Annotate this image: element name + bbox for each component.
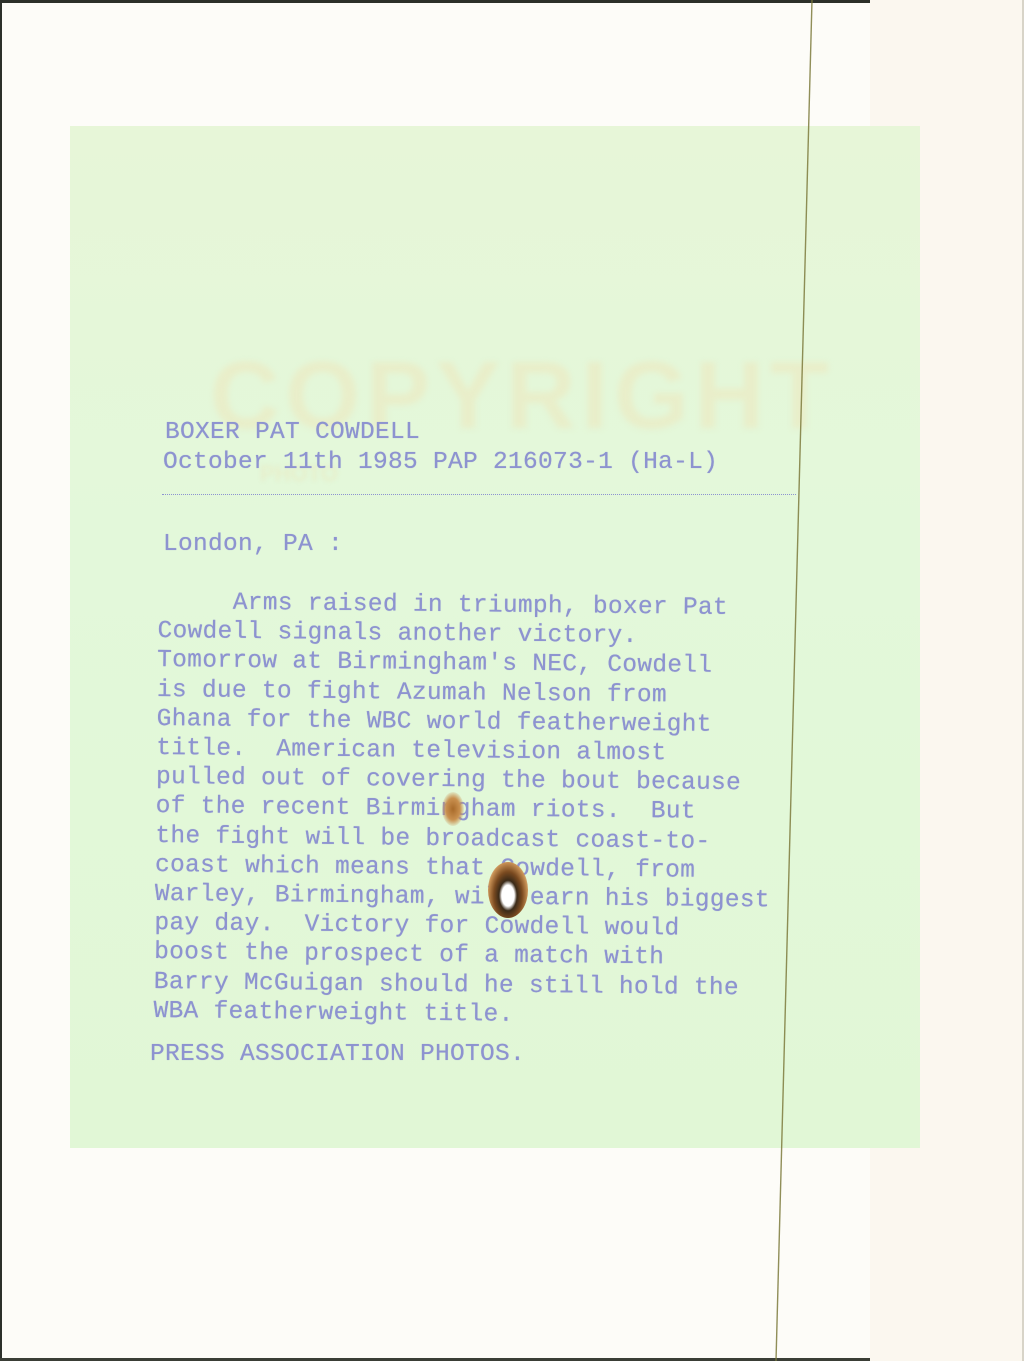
burn-mark-small <box>442 792 464 826</box>
caption-location: London, PA : <box>163 530 343 560</box>
burn-hole <box>488 862 528 918</box>
caption-credit: PRESS ASSOCIATION PHOTOS. <box>150 1040 525 1070</box>
caption-dateline: October 11th 1985 PAP 216073-1 (Ha-L) <box>163 448 718 478</box>
caption-headline: BOXER PAT COWDELL <box>165 418 420 448</box>
photo-edge-left <box>0 0 2 1361</box>
dotted-divider <box>162 494 796 495</box>
